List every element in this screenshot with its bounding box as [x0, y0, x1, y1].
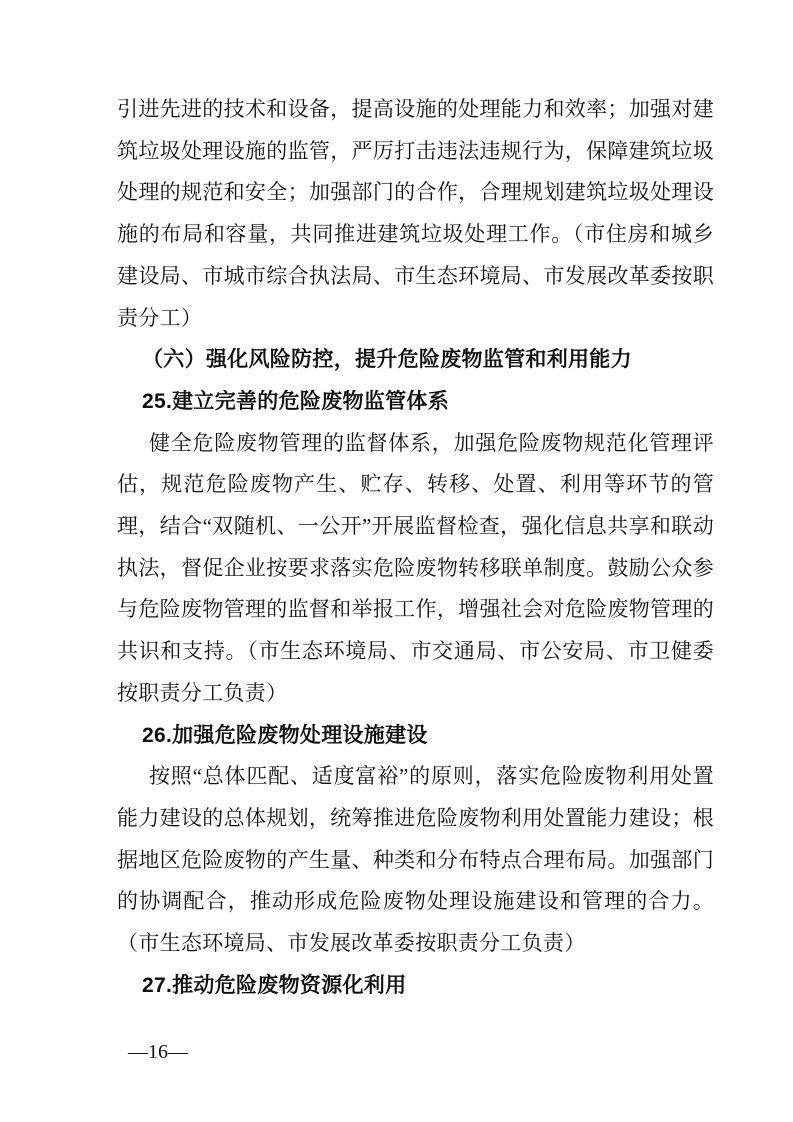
- numbered-heading-26: 26.加强危险废物处理设施建设: [117, 715, 714, 757]
- paragraph: 按照“总体匹配、适度富裕”的原则，落实危险废物利用处置能力建设的总体规划，统筹推…: [117, 756, 714, 965]
- numbered-heading-27: 27.推动危险废物资源化利用: [117, 965, 714, 1007]
- section-heading-6: （六）强化风险防控，提升危险废物监管和利用能力: [117, 339, 714, 381]
- numbered-heading-25: 25.建立完善的危险废物监管体系: [117, 381, 714, 423]
- document-page: 引进先进的技术和设备，提高设施的处理能力和效率；加强对建筑垃圾处理设施的监管，严…: [0, 0, 793, 1122]
- page-number: —16—: [128, 1038, 188, 1066]
- paragraph: 健全危险废物管理的监督体系，加强危险废物规范化管理评估，规范危险废物产生、贮存、…: [117, 423, 714, 715]
- document-body: 引进先进的技术和设备，提高设施的处理能力和效率；加强对建筑垃圾处理设施的监管，严…: [117, 89, 714, 1006]
- paragraph-continuation: 引进先进的技术和设备，提高设施的处理能力和效率；加强对建筑垃圾处理设施的监管，严…: [117, 89, 714, 339]
